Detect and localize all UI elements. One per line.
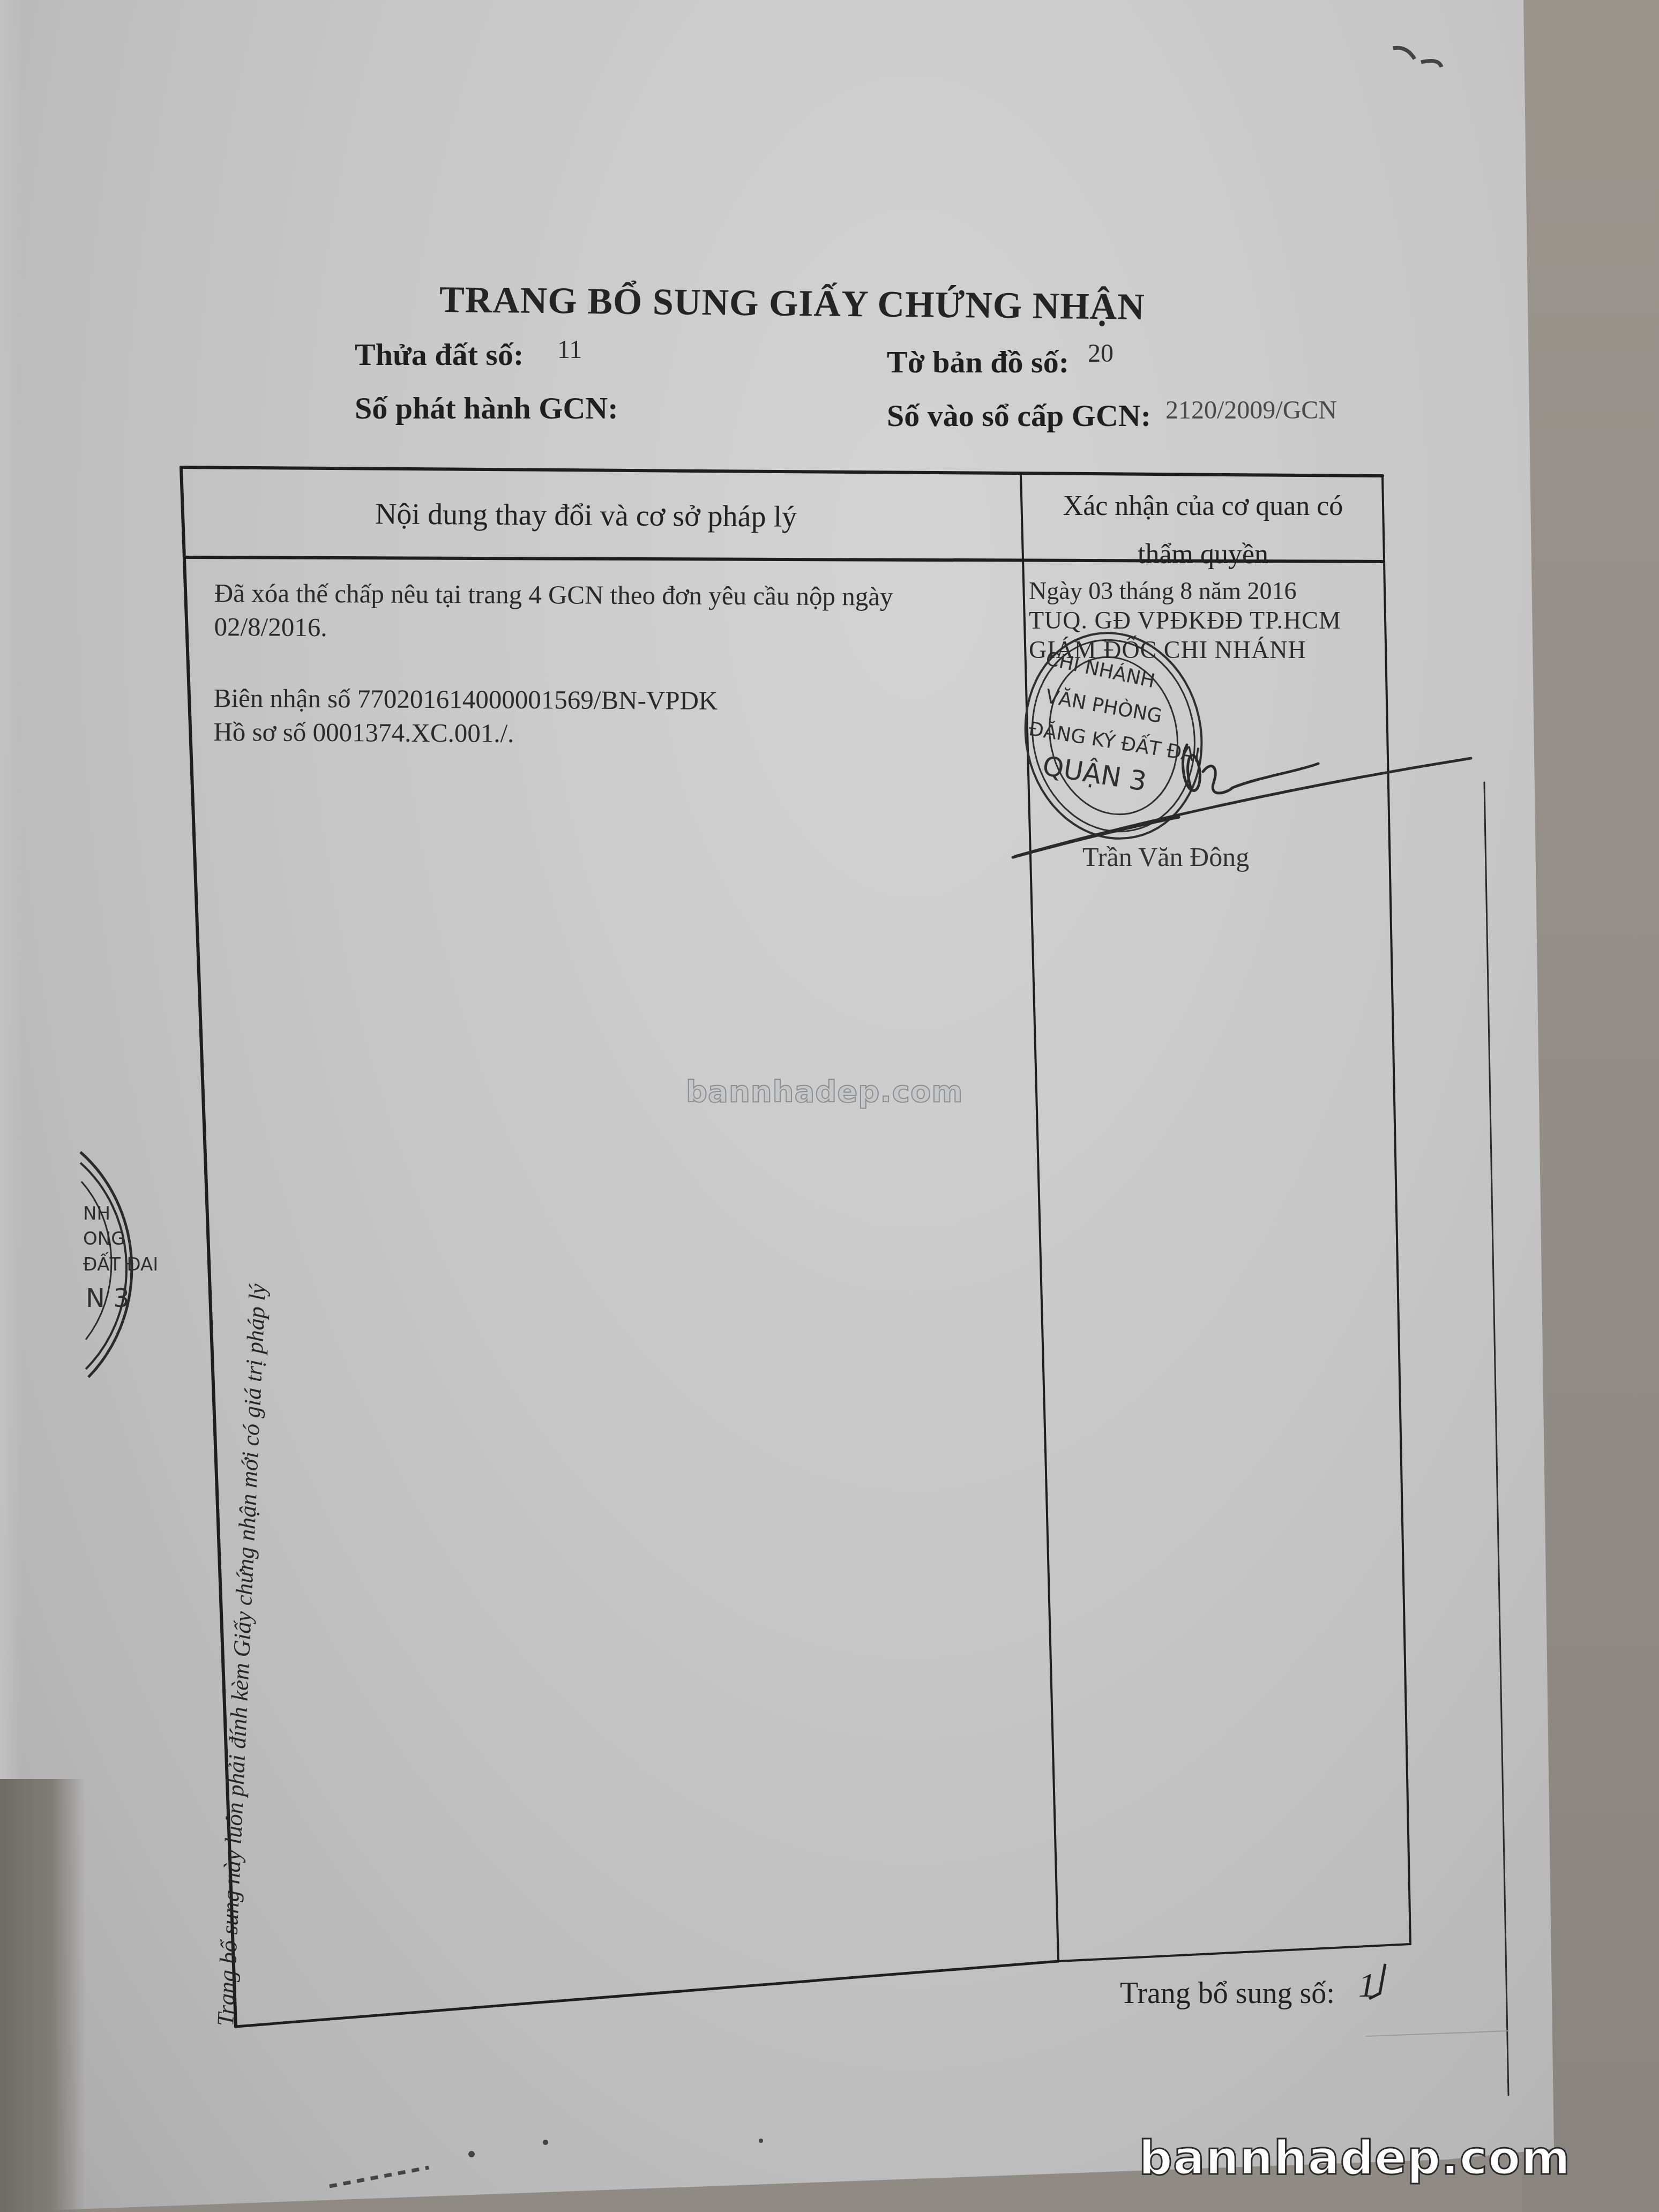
header-changes: Nội dung thay đổi và cơ sở pháp lý [375,497,797,534]
supplement-page-label: Trang bổ sung số: [1120,1976,1335,2011]
side-stamp-line-2: ONG [83,1228,125,1250]
side-stamp-line-1: NH [83,1203,110,1224]
confirmation-org-line-1: TUQ. GĐ VPĐKĐĐ TP.HCM [1029,606,1415,635]
confirmation-date: Ngày 03 tháng 8 năm 2016 [1029,576,1415,606]
receipt-number: Biên nhận số 770201614000001569/BN-VPDK [214,681,996,719]
dossier-number: Hồ sơ số 0001374.XC.001./. [213,715,996,753]
watermark-center: bannhadep.com [686,1074,963,1109]
side-stamp-line-3: ĐẤT ĐAI [83,1254,158,1275]
change-line: Đã xóa thế chấp nêu tại trang 4 GCN theo… [214,576,997,648]
supplement-page-number: 1 [1358,1966,1376,2005]
side-stamp-line-4: N 3 [86,1283,130,1313]
changes-content: Đã xóa thế chấp nêu tại trang 4 GCN theo… [213,576,997,753]
confirmation-block: Ngày 03 tháng 8 năm 2016 TUQ. GĐ VPĐKĐĐ … [1029,576,1415,664]
header-confirmation: Xác nhận của cơ quan có thẩm quyền [1037,482,1369,579]
watermark-corner: bannhadep.com [1139,2130,1571,2185]
signer-name: Trần Văn Đông [1082,841,1249,872]
